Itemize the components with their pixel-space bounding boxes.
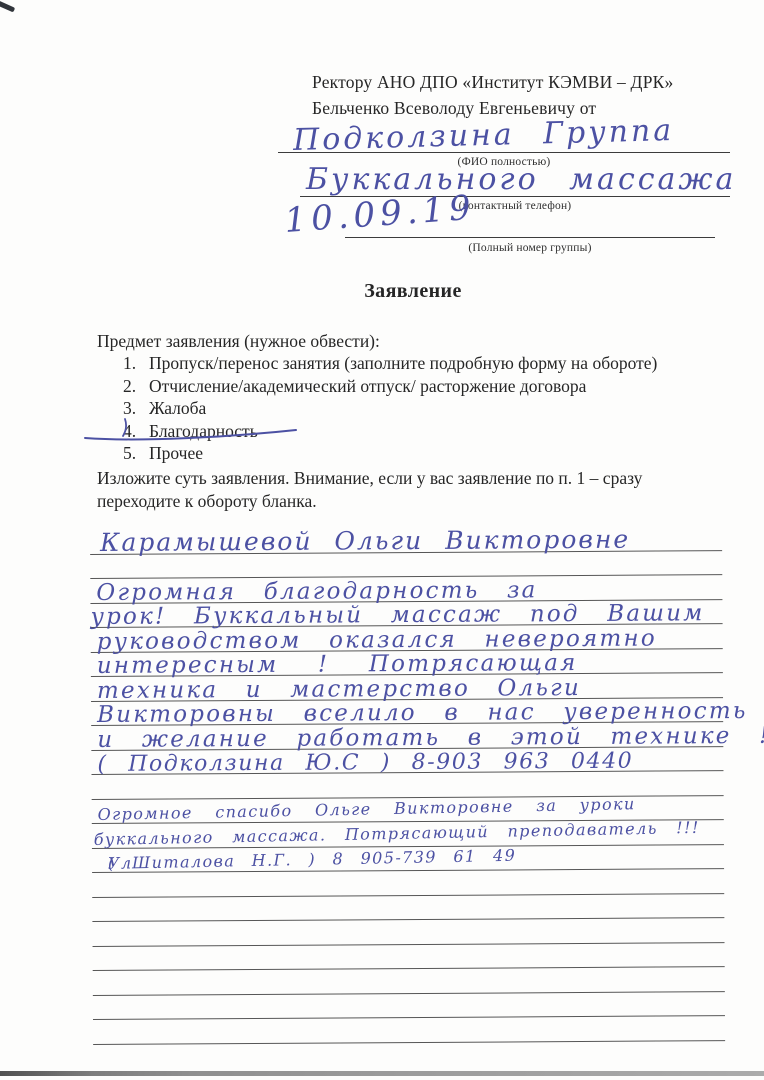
item-number: 2. xyxy=(123,375,149,397)
group-number-line xyxy=(345,237,715,238)
handwritten-text: Огромное спасибо Ольге Викторовне за уро… xyxy=(97,794,635,824)
subject-section: Предмет заявления (нужное обвести): 1. П… xyxy=(97,330,722,464)
subject-item-1: 1. Пропуск/перенос занятия (заполните по… xyxy=(97,352,722,374)
subject-item-3: 3. Жалоба xyxy=(97,397,722,419)
item-text: Жалоба xyxy=(149,397,206,419)
handwritten-text: ( Шиталова Н.Г. ) 8 905-739 61 49 xyxy=(108,846,517,873)
item-number: 3. xyxy=(123,397,149,419)
full-name-line xyxy=(278,152,730,153)
handwritten-contact-phone: Буккального массажа xyxy=(306,162,736,197)
group-number-label: (Полный номер группы) xyxy=(345,242,715,254)
letterhead-recipient: Ректору АНО ДПО «Институт КЭМВИ – ДРК» Б… xyxy=(312,69,673,121)
subject-item-2: 2. Отчисление/академический отпуск/ раст… xyxy=(97,375,722,397)
instruction-text: Изложите суть заявления. Внимание, если … xyxy=(97,467,729,513)
document-title: Заявление xyxy=(288,280,538,303)
subject-item-4-selected: 4. Благодарность xyxy=(97,420,722,442)
ruled-writing-area: Карамышевой Ольги Викторовне Огромная бл… xyxy=(90,526,725,1044)
item-text: Отчисление/академический отпуск/ расторж… xyxy=(149,375,586,397)
scan-corner-mark xyxy=(0,1,15,13)
subject-prompt: Предмет заявления (нужное обвести): xyxy=(97,330,722,352)
item-number: 4. xyxy=(123,420,149,442)
item-text: Прочее xyxy=(149,442,203,464)
item-number: 5. xyxy=(123,442,149,464)
scan-edge-shadow xyxy=(0,1071,764,1076)
subject-item-5: 5. Прочее xyxy=(97,442,722,464)
recipient-line-1: Ректору АНО ДПО «Институт КЭМВИ – ДРК» xyxy=(312,69,673,95)
subject-items: 1. Пропуск/перенос занятия (заполните по… xyxy=(97,352,722,464)
item-text: Пропуск/перенос занятия (заполните подро… xyxy=(149,352,657,374)
item-number: 1. xyxy=(123,352,149,374)
ruled-line xyxy=(93,1016,725,1044)
item-text: Благодарность xyxy=(149,420,258,442)
